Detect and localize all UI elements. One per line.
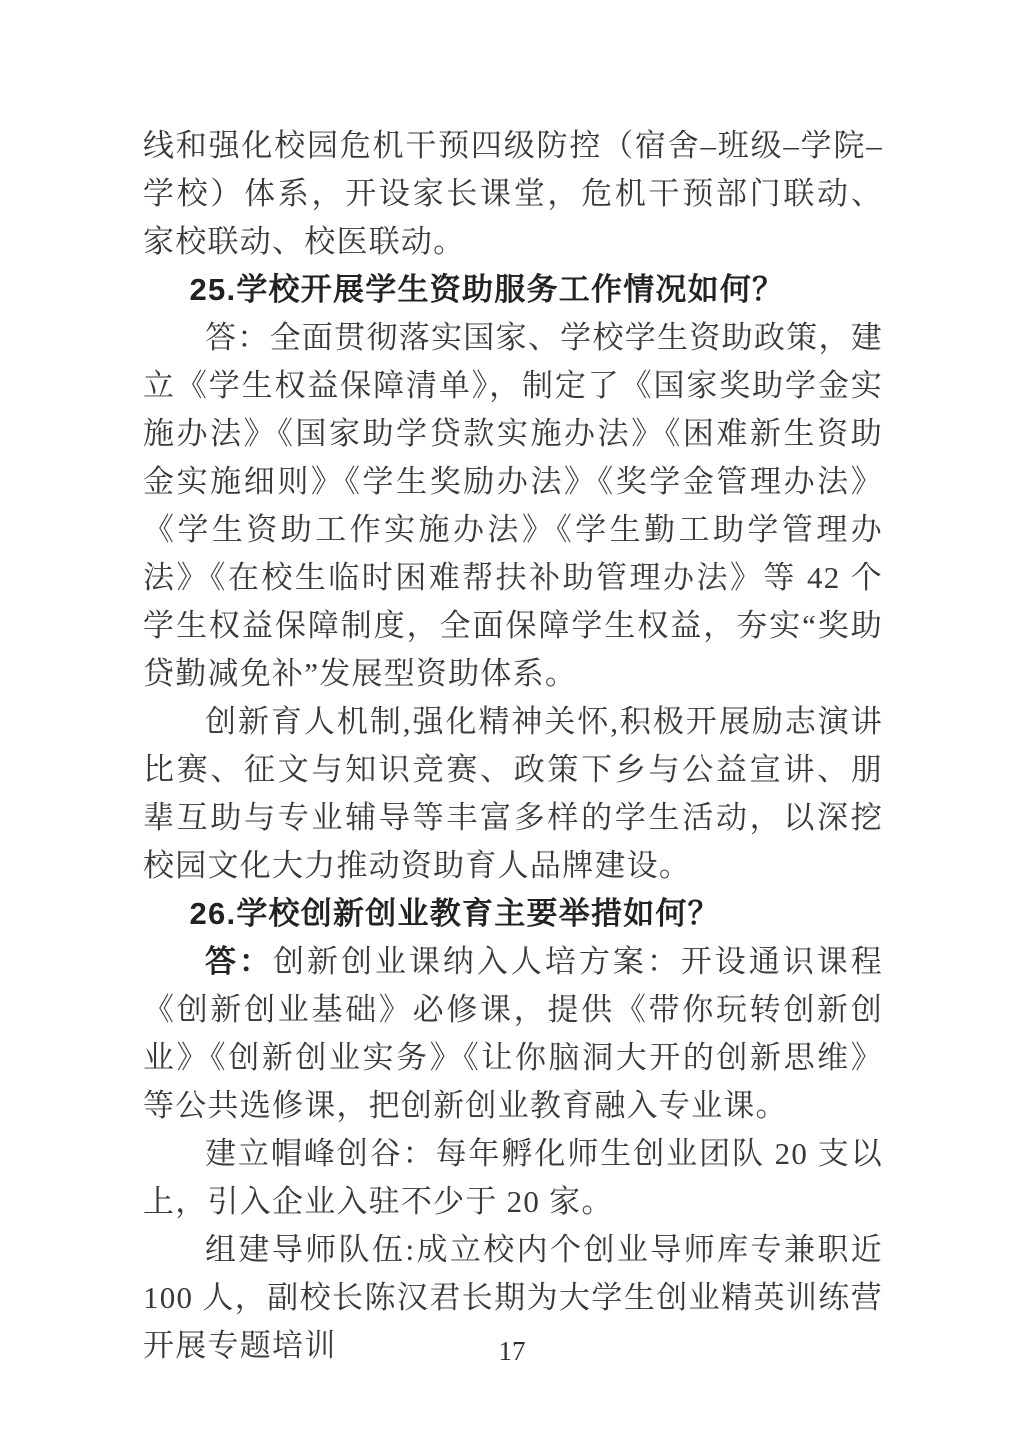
answer-prefix: 答： bbox=[205, 944, 273, 979]
document-content: 线和强化校园危机干预四级防控（宿舍–班级–学院–学校）体系，开设家长课堂，危机干… bbox=[143, 122, 883, 1370]
answer-25-paragraph-2: 创新育人机制,强化精神关怀,积极开展励志演讲比赛、征文与知识竞赛、政策下乡与公益… bbox=[143, 698, 883, 890]
question-25-heading: 25.学校开展学生资助服务工作情况如何？ bbox=[143, 266, 883, 314]
continuation-paragraph: 线和强化校园危机干预四级防控（宿舍–班级–学院–学校）体系，开设家长课堂，危机干… bbox=[143, 122, 883, 266]
document-page: 线和强化校园危机干预四级防控（宿舍–班级–学院–学校）体系，开设家长课堂，危机干… bbox=[0, 0, 1024, 1448]
answer-26-paragraph-1: 答：创新创业课纳入人培方案：开设通识课程《创新创业基础》必修课，提供《带你玩转创… bbox=[143, 938, 883, 1130]
answer-26-paragraph-2: 建立帽峰创谷：每年孵化师生创业团队 20 支以上，引入企业入驻不少于 20 家。 bbox=[143, 1130, 883, 1226]
page-number: 17 bbox=[0, 1336, 1024, 1367]
answer-25-paragraph-1: 答：全面贯彻落实国家、学校学生资助政策，建立《学生权益保障清单》，制定了《国家奖… bbox=[143, 314, 883, 698]
question-26-heading: 26.学校创新创业教育主要举措如何？ bbox=[143, 890, 883, 938]
